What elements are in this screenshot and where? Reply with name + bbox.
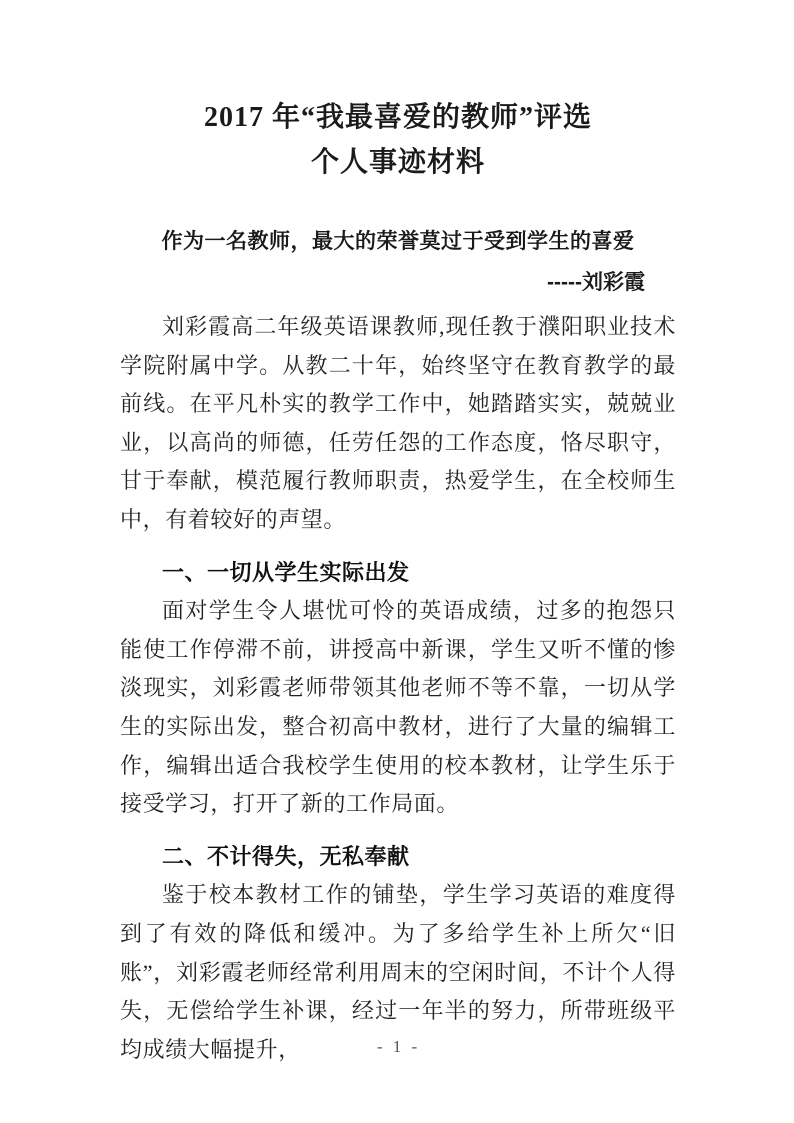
body-paragraph: 面对学生令人堪忧可怜的英语成绩，过多的抱怨只能使工作停滞不前，讲授高中新课，学生… xyxy=(120,592,676,824)
epigraph: 作为一名教师，最大的荣誉莫过于受到学生的喜爱 xyxy=(120,221,676,262)
title-line-2: 个人事迹材料 xyxy=(120,140,676,185)
document-body: 刘彩霞高二年级英语课教师,现任教于濮阳职业技术学院附属中学。从教二十年，始终坚守… xyxy=(120,308,676,1069)
document-content: 2017 年“我最喜爱的教师”评选 个人事迹材料 作为一名教师，最大的荣誉莫过于… xyxy=(0,95,794,1069)
page-number: - 1 - xyxy=(377,1037,417,1056)
title-line-1: 2017 年“我最喜爱的教师”评选 xyxy=(120,95,676,140)
document-page: 2017 年“我最喜爱的教师”评选 个人事迹材料 作为一名教师，最大的荣誉莫过于… xyxy=(0,0,794,1123)
attribution: -----刘彩霞 xyxy=(120,262,676,303)
document-title: 2017 年“我最喜爱的教师”评选 个人事迹材料 xyxy=(120,95,676,185)
body-paragraph: 刘彩霞高二年级英语课教师,现任教于濮阳职业技术学院附属中学。从教二十年，始终坚守… xyxy=(120,308,676,540)
page-footer: - 1 - xyxy=(0,1036,794,1058)
section-heading: 二、不计得失，无私奉献 xyxy=(120,838,676,877)
section-heading: 一、一切从学生实际出发 xyxy=(120,554,676,593)
